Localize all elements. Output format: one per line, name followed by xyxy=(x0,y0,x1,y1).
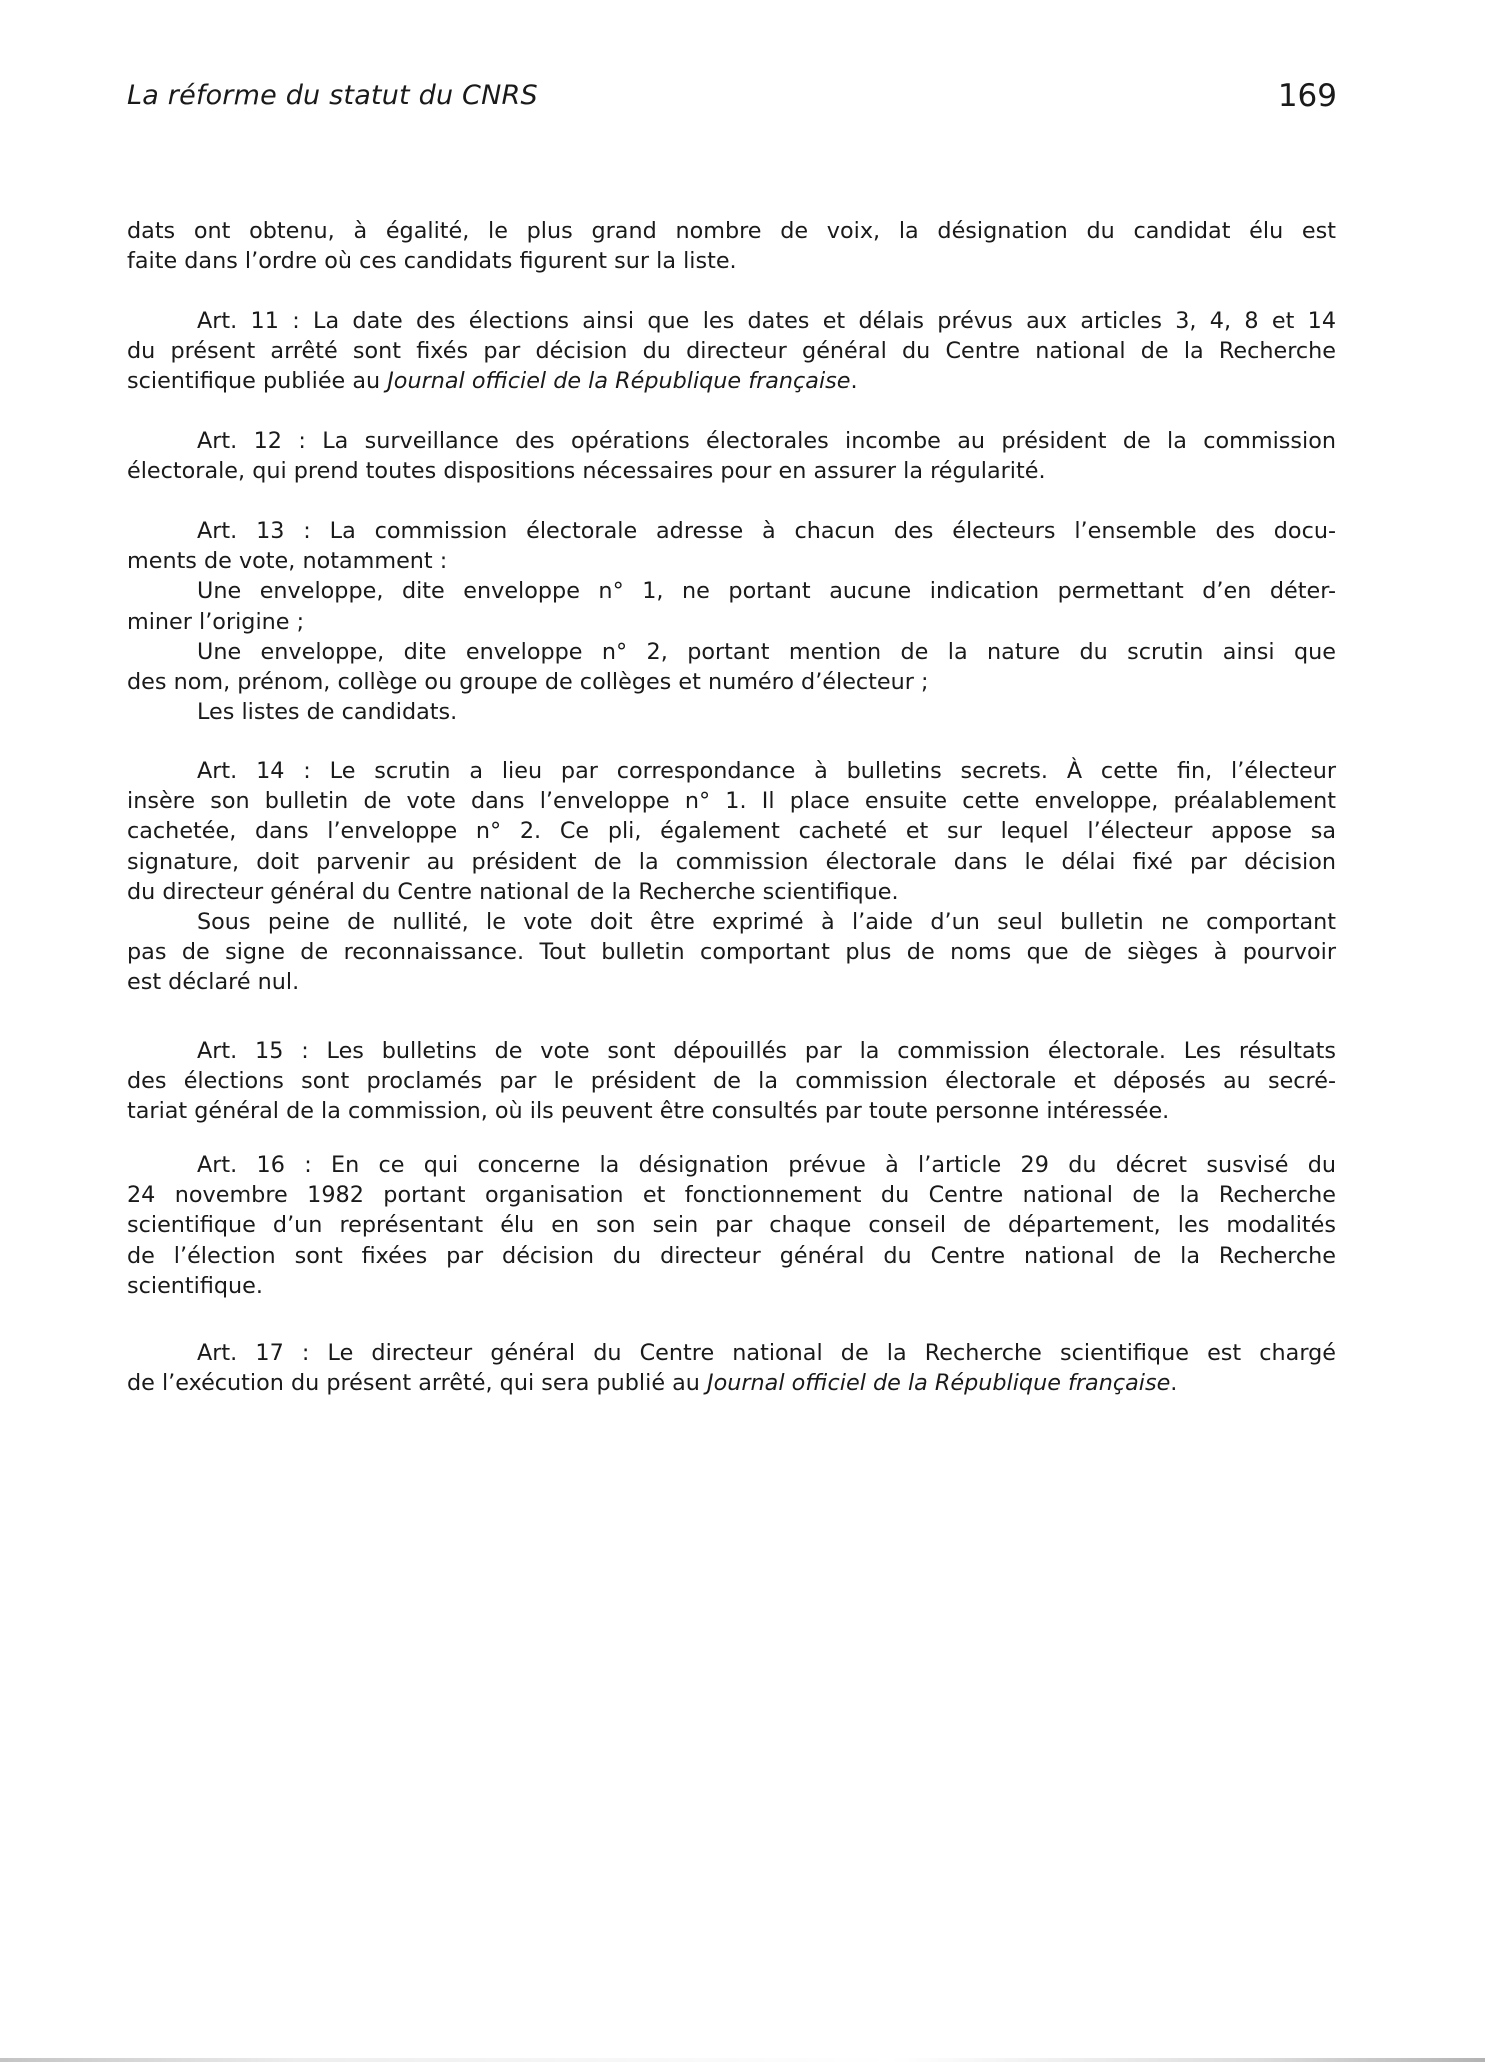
article-15: Art. 15 : Les bulletins de vote sont dép… xyxy=(127,1036,1336,1127)
text-line: dats ont obtenu, à égalité, le plus gran… xyxy=(127,216,1336,246)
text-line: Art. 12 : La surveillance des opérations… xyxy=(127,426,1336,456)
text-line: du directeur général du Centre national … xyxy=(127,877,1336,907)
article-16: Art. 16 : En ce qui concerne la désignat… xyxy=(127,1150,1336,1301)
text-line: de l’exécution du présent arrêté, qui se… xyxy=(127,1368,1336,1398)
running-title: La réforme du statut du CNRS xyxy=(127,80,538,111)
text-line: scientifique d’un représentant élu en so… xyxy=(127,1210,1336,1240)
article-17: Art. 17 : Le directeur général du Centre… xyxy=(127,1338,1336,1398)
text-run: . xyxy=(851,368,858,394)
paragraph-continuation: dats ont obtenu, à égalité, le plus gran… xyxy=(127,216,1336,276)
scan-edge-shadow xyxy=(0,2058,1485,2062)
text-line: miner l’origine ; xyxy=(127,607,1336,637)
text-line: du présent arrêté sont fixés par décisio… xyxy=(127,336,1336,366)
article-12: Art. 12 : La surveillance des opérations… xyxy=(127,426,1336,486)
article-14: Art. 14 : Le scrutin a lieu par correspo… xyxy=(127,756,1336,998)
text-line: Une enveloppe, dite enveloppe n° 1, ne p… xyxy=(127,576,1336,606)
text-line: Art. 16 : En ce qui concerne la désignat… xyxy=(127,1150,1336,1180)
text-line: insère son bulletin de vote dans l’envel… xyxy=(127,786,1336,816)
text-run: scientifique publiée au xyxy=(127,368,387,394)
article-11: Art. 11 : La date des élections ainsi qu… xyxy=(127,306,1336,397)
text-line: tariat général de la commission, où ils … xyxy=(127,1096,1336,1126)
text-line: Art. 15 : Les bulletins de vote sont dép… xyxy=(127,1036,1336,1066)
text-line: Art. 11 : La date des élections ainsi qu… xyxy=(127,306,1336,336)
text-line: électorale, qui prend toutes disposition… xyxy=(127,456,1336,486)
text-line: ments de vote, notamment : xyxy=(127,546,1336,576)
text-line: Les listes de candidats. xyxy=(127,697,1336,727)
text-run: de l’exécution du présent arrêté, qui se… xyxy=(127,1370,707,1396)
journal-title-italic: Journal officiel de la République frança… xyxy=(387,368,850,394)
text-line: Art. 17 : Le directeur général du Centre… xyxy=(127,1338,1336,1368)
journal-title-italic: Journal officiel de la République frança… xyxy=(707,1370,1170,1396)
text-line: scientifique. xyxy=(127,1271,1336,1301)
text-line: est déclaré nul. xyxy=(127,967,1336,997)
page-number: 169 xyxy=(1278,78,1337,114)
text-line: Sous peine de nullité, le vote doit être… xyxy=(127,907,1336,937)
article-13: Art. 13 : La commission électorale adres… xyxy=(127,516,1336,727)
text-line: 24 novembre 1982 portant organisation et… xyxy=(127,1180,1336,1210)
text-line: scientifique publiée au Journal officiel… xyxy=(127,366,1336,396)
text-line: des nom, prénom, collège ou groupe de co… xyxy=(127,667,1336,697)
text-line: faite dans l’ordre où ces candidats figu… xyxy=(127,246,1336,276)
text-line: Art. 13 : La commission électorale adres… xyxy=(127,516,1336,546)
text-line: de l’élection sont fixées par décision d… xyxy=(127,1241,1336,1271)
text-line: cachetée, dans l’enveloppe n° 2. Ce pli,… xyxy=(127,816,1336,846)
text-line: des élections sont proclamés par le prés… xyxy=(127,1066,1336,1096)
text-line: signature, doit parvenir au président de… xyxy=(127,847,1336,877)
text-run: . xyxy=(1170,1370,1177,1396)
text-line: Une enveloppe, dite enveloppe n° 2, port… xyxy=(127,637,1336,667)
text-line: pas de signe de reconnaissance. Tout bul… xyxy=(127,937,1336,967)
text-line: Art. 14 : Le scrutin a lieu par correspo… xyxy=(127,756,1336,786)
